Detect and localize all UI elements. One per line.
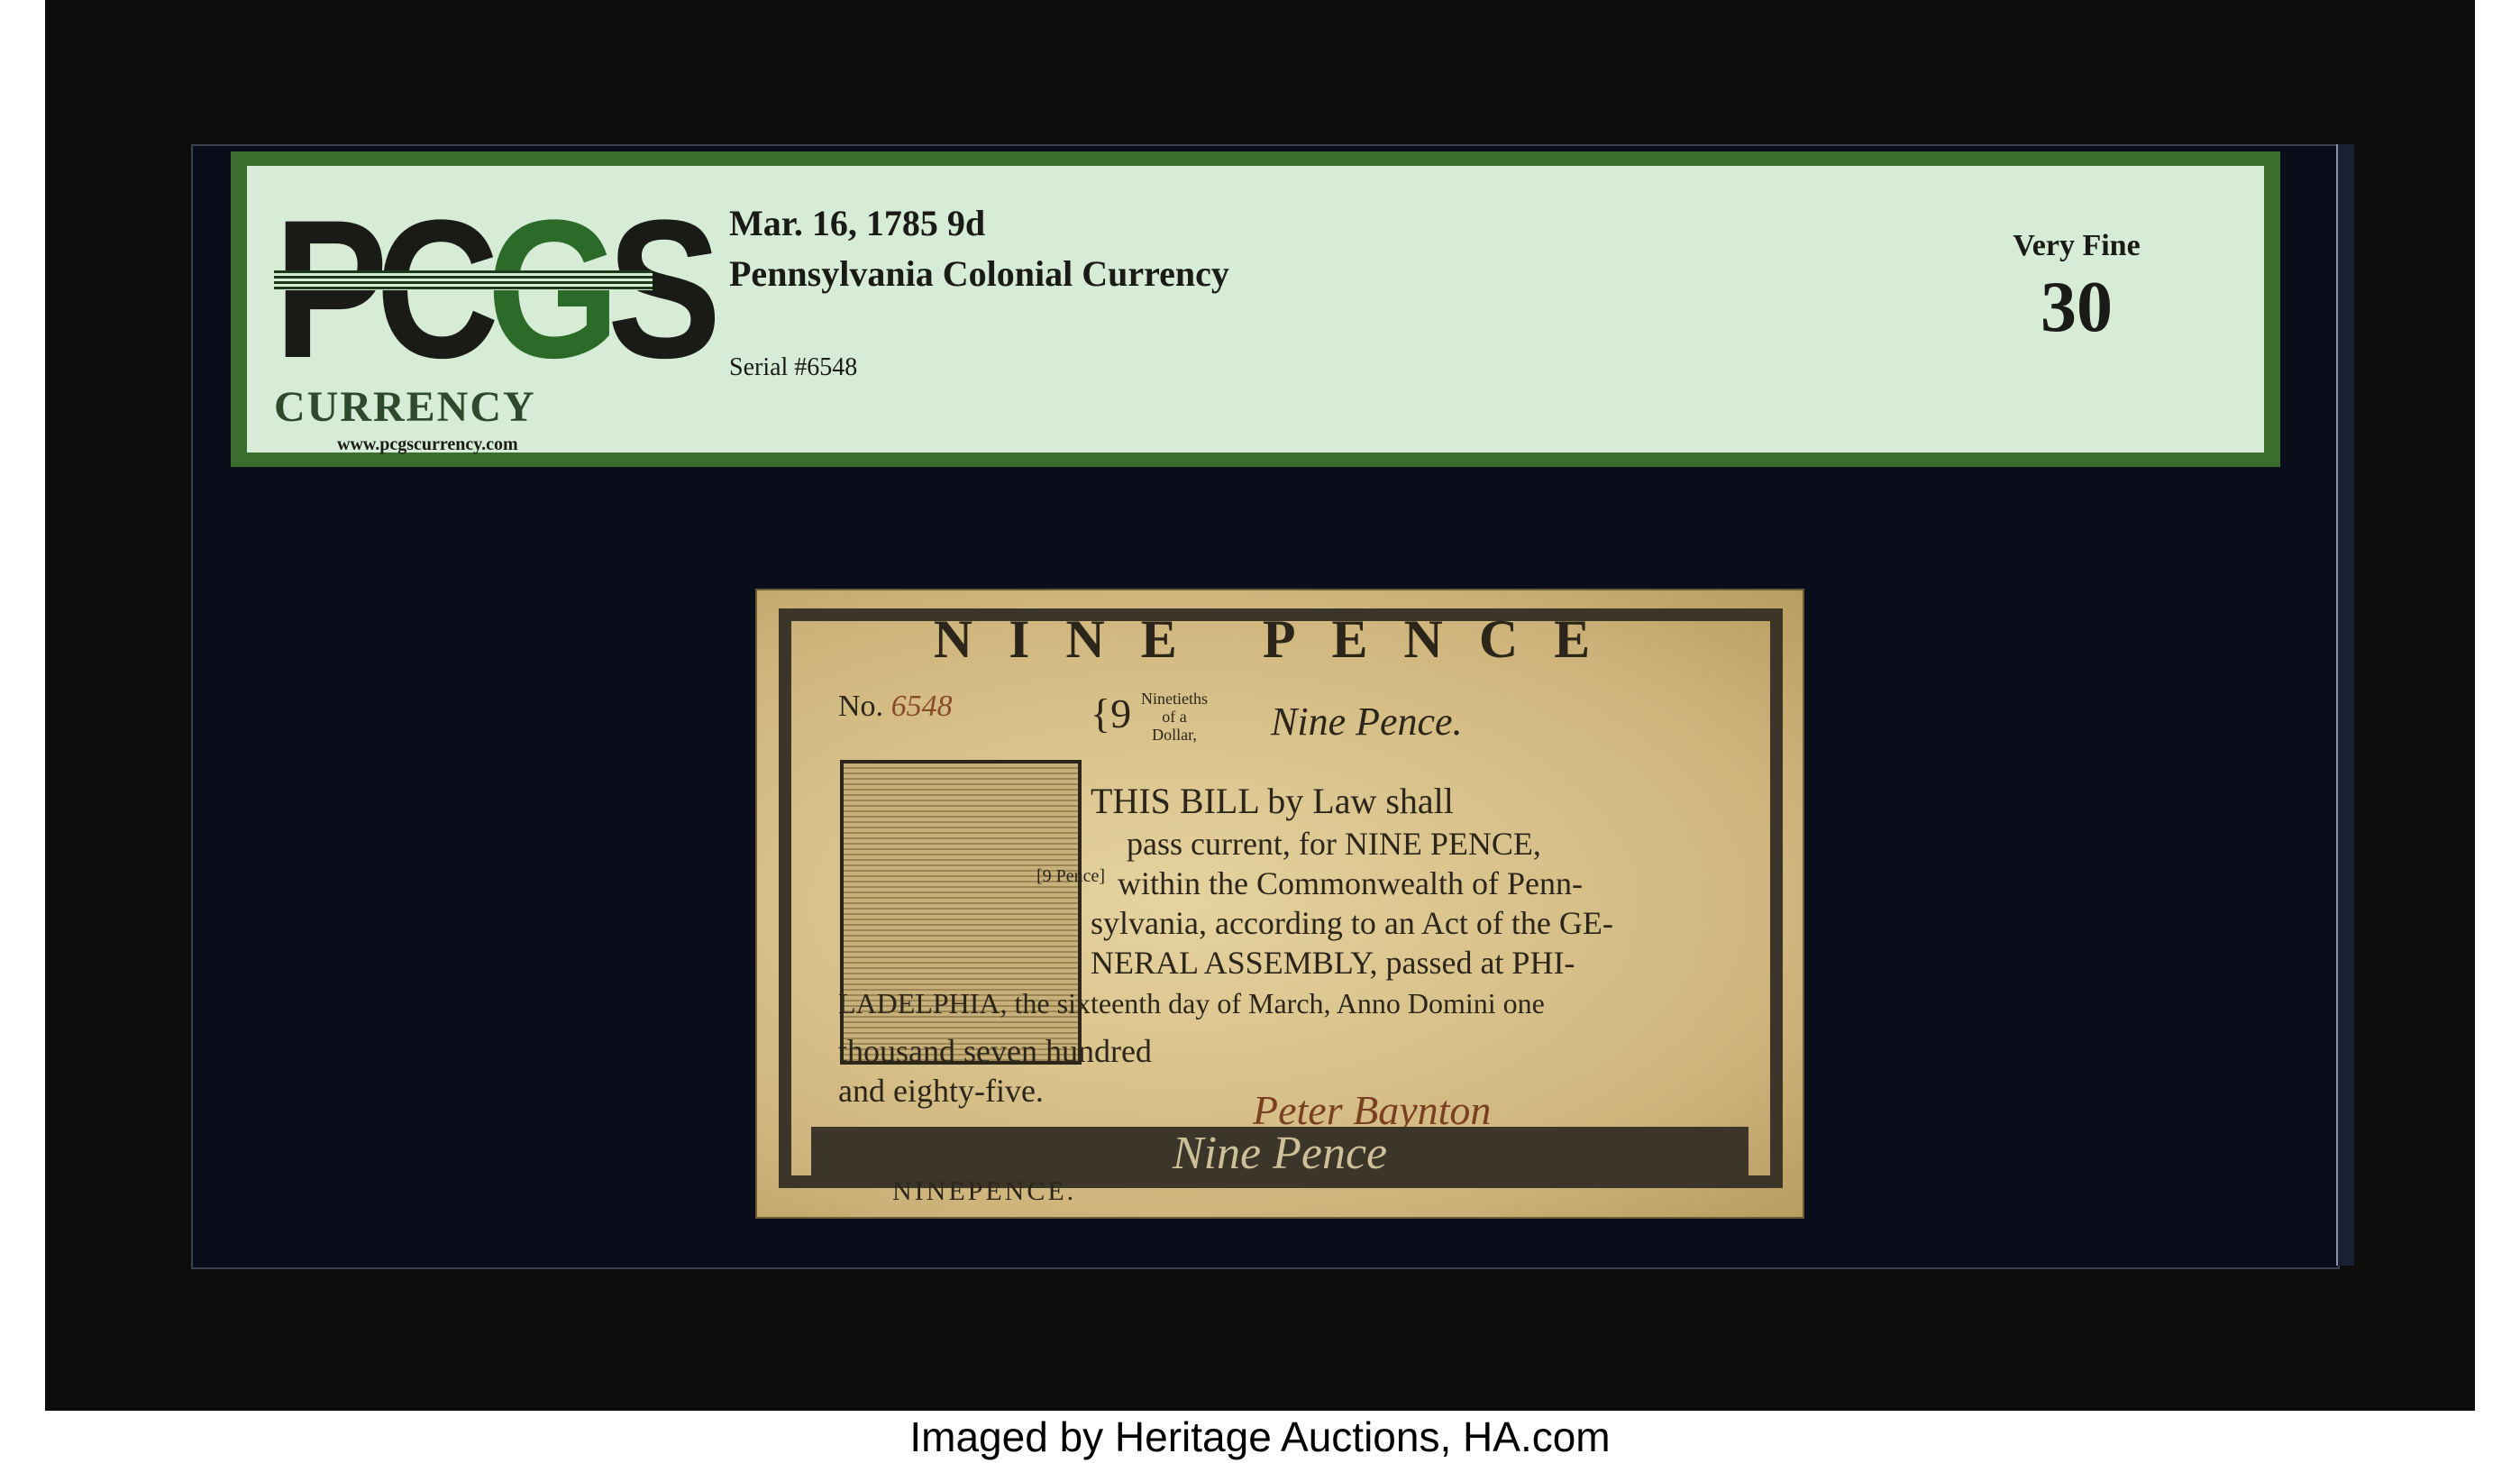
note-line: NERAL ASSEMBLY, passed at PHI- (1091, 944, 1575, 982)
note-line: and eighty-five. (838, 1072, 1044, 1110)
image-caption: Imaged by Heritage Auctions, HA.com (0, 1411, 2520, 1463)
note-date-denomination: Mar. 16, 1785 9d (729, 202, 985, 244)
note-type: Pennsylvania Colonial Currency (729, 252, 1229, 295)
note-number-handwritten: 6548 (891, 690, 953, 723)
note-line: within the Commonwealth of Penn- (1118, 864, 1583, 902)
grade-number: 30 (1959, 267, 2194, 349)
grading-label: PCGS CURRENCY www.pcgscurrency.com Mar. … (231, 151, 2280, 467)
note-body: No. 6548 {9 Ninetieths of a Dollar, Nine… (820, 690, 1739, 1127)
label-panel: PCGS CURRENCY www.pcgscurrency.com Mar. … (247, 166, 2264, 453)
ninepence-label: NINEPENCE. (892, 1176, 1076, 1207)
logo-url: www.pcgscurrency.com (337, 434, 518, 455)
note-line: pass current, for NINE PENCE, (1127, 825, 1541, 863)
note-line: THIS BILL by Law shall (1091, 780, 1454, 822)
serial-number: Serial #6548 (729, 353, 857, 382)
note-number: No. 6548 (838, 690, 953, 724)
logo-stripe-icon (274, 270, 653, 290)
note-number-prefix: No. (838, 690, 883, 723)
note-line: thousand seven hundred (838, 1032, 1152, 1070)
grade-name: Very Fine (1959, 229, 2194, 263)
denomination-numeral: {9 (1091, 690, 1131, 737)
note-line: sylvania, according to an Act of the GE- (1091, 904, 1613, 942)
side-mark: [9 Pence] (1036, 866, 1105, 887)
note-top-banner: NINE PENCE (793, 612, 1767, 666)
banknote: NINE PENCE No. 6548 {9 Ninetieths of a D… (757, 590, 1803, 1217)
denomination-fraction: Ninetieths of a Dollar, (1134, 690, 1215, 744)
denomination-text: Nine Pence. (1271, 699, 1463, 745)
note-line: LADELPHIA, the sixteenth day of March, A… (838, 987, 1545, 1020)
note-bottom-banner: Nine Pence (811, 1127, 1748, 1181)
holder-edge (2336, 144, 2354, 1266)
pcgs-logo: PCGS CURRENCY www.pcgscurrency.com (274, 191, 671, 453)
logo-currency-text: CURRENCY (274, 382, 536, 432)
